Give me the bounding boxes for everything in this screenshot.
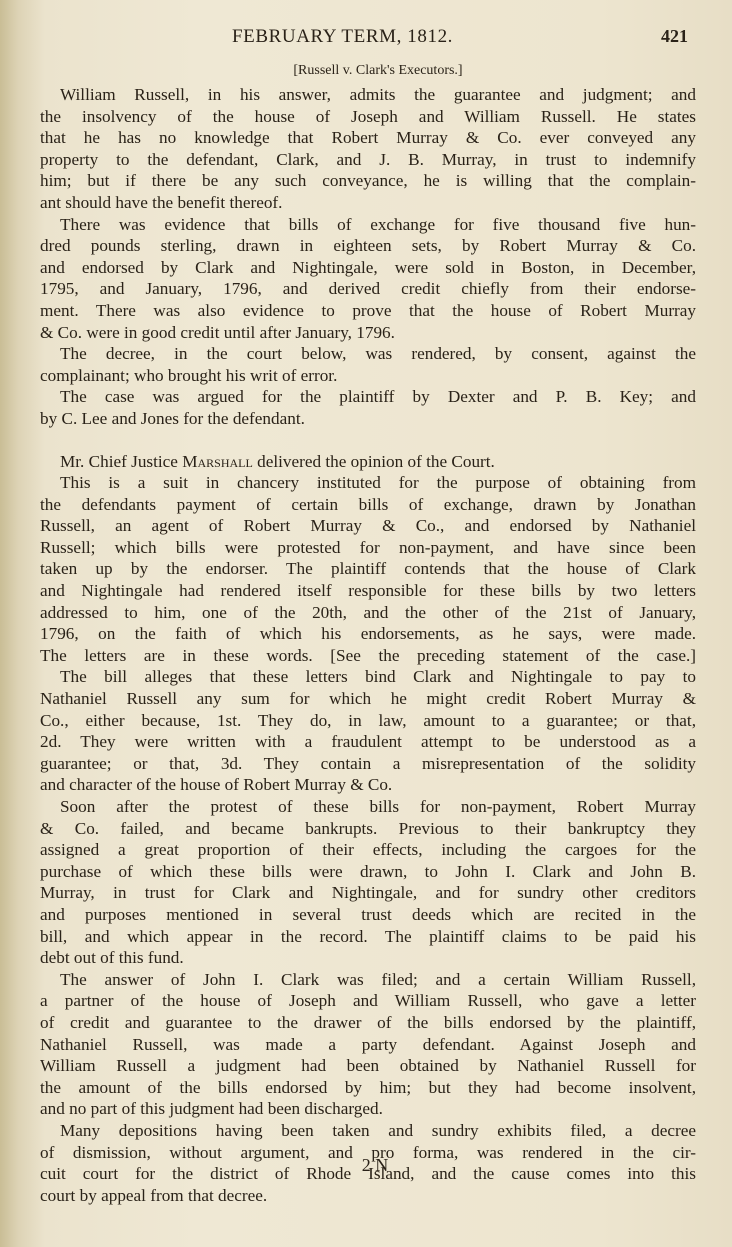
text-line: complainant; who brought his writ of err…	[40, 365, 696, 387]
paragraph: There was evidence that bills of exchang…	[40, 214, 696, 344]
justice-name: Marshall	[182, 452, 253, 471]
opinion-paragraph: This is a suit in chancery instituted fo…	[40, 472, 696, 666]
opinion-paragraph: Soon after the protest of these bills fo…	[40, 796, 696, 969]
text-line: a partner of the house of Joseph and Wil…	[40, 990, 696, 1012]
paragraph: William Russell, in his answer, admits t…	[40, 84, 696, 214]
text-line: This is a suit in chancery instituted fo…	[40, 472, 696, 494]
text-line: Nathaniel Russell any sum for which he m…	[40, 688, 696, 710]
section-gap	[40, 430, 696, 451]
text-line: The decree, in the court below, was rend…	[40, 343, 696, 365]
opinion-paragraph: The answer of John I. Clark was filed; a…	[40, 969, 696, 1120]
text-line: Russell; which bills were protested for …	[40, 537, 696, 559]
text-line: William Russell a judgment had been obta…	[40, 1055, 696, 1077]
text-line: that he has no knowledge that Robert Mur…	[40, 127, 696, 149]
text-line: The case was argued for the plaintiff by…	[40, 386, 696, 408]
text-line: taken up by the endorser. The plaintiff …	[40, 558, 696, 580]
body-text: William Russell, in his answer, admits t…	[40, 84, 696, 1206]
text-line: debt out of this fund.	[40, 947, 696, 969]
text-line: Murray, in trust for Clark and Nightinga…	[40, 882, 696, 904]
text-line: of credit and guarantee to the drawer of…	[40, 1012, 696, 1034]
running-title: FEBRUARY TERM, 1812.	[232, 26, 453, 48]
signature-mark: 2 N	[0, 1155, 732, 1176]
text-line: addressed to him, one of the 20th, and t…	[40, 602, 696, 624]
text-line: and character of the house of Robert Mur…	[40, 774, 696, 796]
text-line: 1795, and January, 1796, and derived cre…	[40, 278, 696, 300]
paragraph: The decree, in the court below, was rend…	[40, 343, 696, 386]
text-line: ment. There was also evidence to prove t…	[40, 300, 696, 322]
opinion-intro: Mr. Chief Justice Marshall delivered the…	[40, 451, 696, 473]
text-line: by C. Lee and Jones for the defendant.	[40, 408, 696, 430]
text-line: guarantee; or that, 3d. They contain a m…	[40, 753, 696, 775]
text-line: & Co. were in good credit until after Ja…	[40, 322, 696, 344]
text-line: 1796, on the faith of which his endorsem…	[40, 623, 696, 645]
text-line: Russell, an agent of Robert Murray & Co.…	[40, 515, 696, 537]
text-line: him; but if there be any such conveyance…	[40, 170, 696, 192]
text-line: bill, and which appear in the record. Th…	[40, 926, 696, 948]
text-line: the defendants payment of certain bills …	[40, 494, 696, 516]
case-caption: [Russell v. Clark's Executors.]	[0, 63, 732, 79]
text-line: The letters are in these words. [See the…	[40, 645, 696, 667]
text-line: and Nightingale had rendered itself resp…	[40, 580, 696, 602]
page-number: 421	[661, 26, 688, 47]
paragraph: The case was argued for the plaintiff by…	[40, 386, 696, 429]
text-line: and endorsed by Clark and Nightingale, w…	[40, 257, 696, 279]
text-line: property to the defendant, Clark, and J.…	[40, 149, 696, 171]
text-line: court by appeal from that decree.	[40, 1185, 696, 1207]
text-line: and no part of this judgment had been di…	[40, 1098, 696, 1120]
book-page: FEBRUARY TERM, 1812. 421 [Russell v. Cla…	[0, 0, 732, 1247]
text-line: 2d. They were written with a fraudulent …	[40, 731, 696, 753]
text-line: William Russell, in his answer, admits t…	[40, 84, 696, 106]
text-line: There was evidence that bills of exchang…	[40, 214, 696, 236]
text-line: Many depositions having been taken and s…	[40, 1120, 696, 1142]
text-line: Soon after the protest of these bills fo…	[40, 796, 696, 818]
text-line: purchase of which these bills were drawn…	[40, 861, 696, 883]
text-line: ant should have the benefit thereof.	[40, 192, 696, 214]
opinion-intro-prefix: Mr. Chief Justice	[60, 452, 182, 471]
text-line: dred pounds sterling, drawn in eighteen …	[40, 235, 696, 257]
text-line: and purposes mentioned in several trust …	[40, 904, 696, 926]
opinion-intro-suffix: delivered the opinion of the Court.	[253, 452, 495, 471]
text-line: the insolvency of the house of Joseph an…	[40, 106, 696, 128]
opinion-paragraph: The bill alleges that these letters bind…	[40, 666, 696, 796]
text-line: assigned a great proportion of their eff…	[40, 839, 696, 861]
text-line: Nathaniel Russell, was made a party defe…	[40, 1034, 696, 1056]
running-head: FEBRUARY TERM, 1812. 421	[0, 26, 732, 50]
text-line: Co., either because, 1st. They do, in la…	[40, 710, 696, 732]
text-line: & Co. failed, and became bankrupts. Prev…	[40, 818, 696, 840]
text-line: the amount of the bills endorsed by him;…	[40, 1077, 696, 1099]
text-line: The bill alleges that these letters bind…	[40, 666, 696, 688]
text-line: The answer of John I. Clark was filed; a…	[40, 969, 696, 991]
